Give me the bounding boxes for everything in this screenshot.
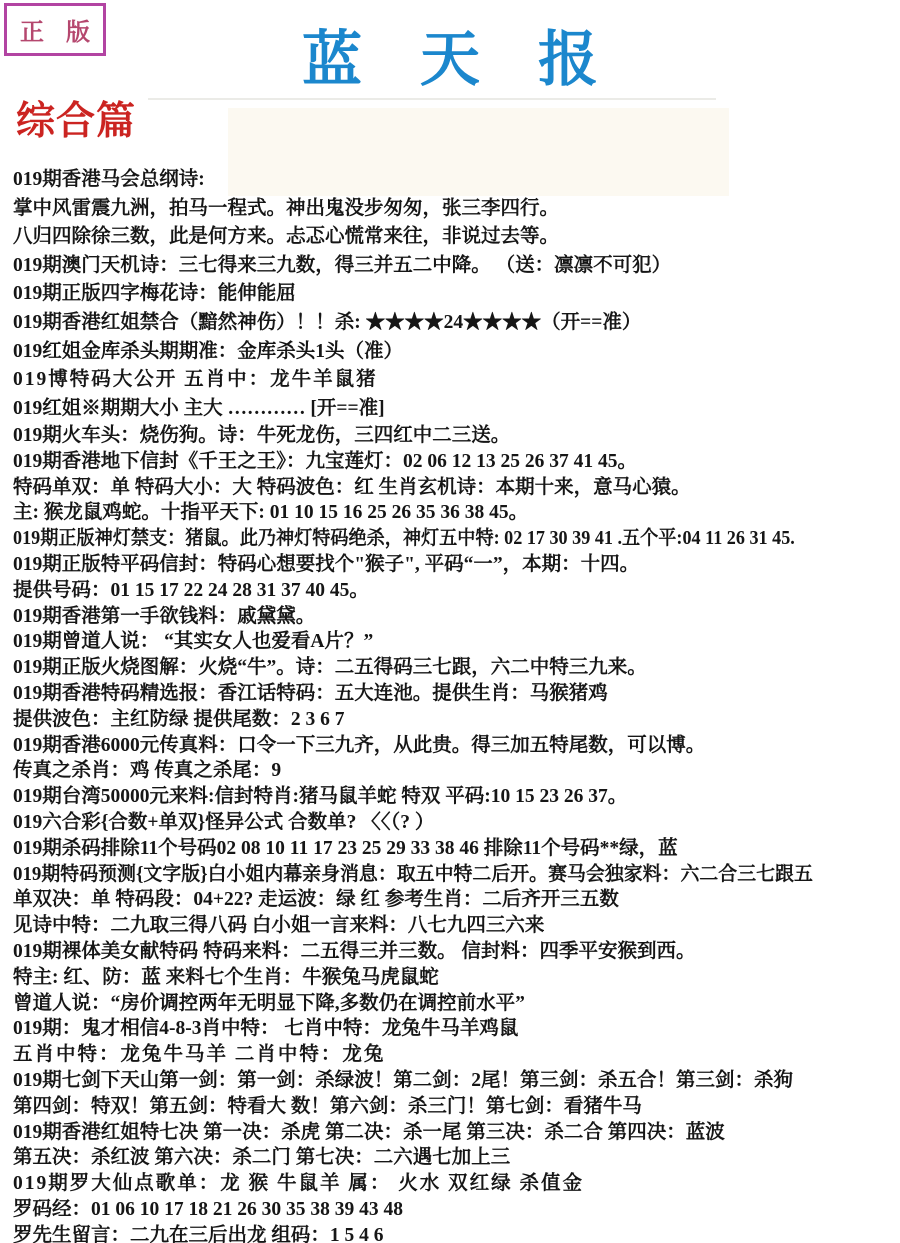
text-line: 曾道人说：“房价调控两年无明显下降,多数仍在调控前水平”	[13, 991, 900, 1017]
text-line: 八归四除徐三数，此是何方来。忐忑心慌常来往，非说过去等。	[13, 223, 900, 252]
text-line: 019红姐※期期大小 主大 ………… [开==准]	[13, 395, 900, 424]
section-label: 综合篇	[16, 90, 136, 146]
text-line: 019期罗大仙点歌单：龙 猴 牛鼠羊 属： 火水 双红绿 杀值金	[13, 1171, 900, 1197]
text-line: 019期裸体美女献特码 特码来料：二五得三并三数。 信封料：四季平安猴到西。	[13, 939, 900, 965]
text-block-main: 019期火车头：烧伤狗。诗：牛死龙伤，三四红中二三送。 019期香港地下信封《千…	[13, 423, 900, 1243]
text-line: 罗码经：01 06 10 17 18 21 26 30 35 38 39 43 …	[13, 1197, 900, 1223]
text-line: 见诗中特：二九取三得八码 白小姐一言来料：八七九四三六来	[13, 913, 900, 939]
text-line: 019期特码预测{文字版}白小姐内幕亲身消息：取五中特二后开。赛马会独家料：六二…	[13, 862, 873, 888]
text-line: 019期正版特平码信封：特码心想要找个"猴子", 平码“一”，本期：十四。	[13, 552, 900, 578]
text-line: 019期台湾50000元来料:信封特肖:猪马鼠羊蛇 特双 平码:10 15 23…	[13, 784, 900, 810]
text-line: 019期杀码排除11个号码02 08 10 11 17 23 25 29 33 …	[13, 836, 900, 862]
text-line: 019期香港马会总纲诗:	[13, 166, 900, 195]
text-line: 019红姐金库杀头期期准：金库杀头1头（准）	[13, 338, 900, 367]
text-block-top: 019期香港马会总纲诗: 掌中风雷震九洲，拍马一程式。神出鬼没步匆匆，张三李四行…	[13, 166, 900, 423]
text-line: 019期香港特码精选报：香江话特码：五大连池。提供生肖：马猴猪鸡	[13, 681, 900, 707]
text-line: 特码单双：单 特码大小：大 特码波色：红 生肖玄机诗：本期十来，意马心猿。	[13, 475, 900, 501]
text-line: 019期曾道人说： “其实女人也爱看A片？”	[13, 629, 900, 655]
text-line: 019期正版火烧图解：火烧“牛”。诗：二五得码三七跟，六二中特三九来。	[13, 655, 900, 681]
text-line: 特主: 红、防：蓝 来料七个生肖：牛猴兔马虎鼠蛇	[13, 965, 900, 991]
text-line: 019期香港第一手欲钱料：戚黛黛。	[13, 604, 900, 630]
text-line: 019期：鬼才相信4-8-3肖中特： 七肖中特：龙兔牛马羊鸡鼠	[13, 1016, 900, 1042]
text-line: 五肖中特：龙兔牛马羊 二肖中特：龙兔	[13, 1042, 900, 1068]
text-line: 提供号码：01 15 17 22 24 28 31 37 40 45。	[13, 578, 900, 604]
text-line: 019博特码大公开 五肖中：龙牛羊鼠猪	[13, 366, 900, 395]
text-line: 单双决：单 特码段：04+22? 走运波：绿 红 参考生肖：二后齐开三五数	[13, 887, 900, 913]
page-title: 蓝天报	[0, 12, 900, 98]
text-line: 第四剑：特双！第五剑：特看大 数！第六剑：杀三门！第七剑：看猪牛马	[13, 1094, 900, 1120]
newspaper-page: 正 版 蓝天报 综合篇 019期香港马会总纲诗: 掌中风雷震九洲，拍马一程式。神…	[0, 0, 900, 1243]
text-line: 019期火车头：烧伤狗。诗：牛死龙伤，三四红中二三送。	[13, 423, 900, 449]
text-line: 019期正版神灯禁支：猪鼠。此乃神灯特码绝杀，神灯五中特: 02 17 30 3…	[13, 526, 838, 552]
text-line: 主: 猴龙鼠鸡蛇。十指平天下: 01 10 15 16 25 26 35 36 …	[13, 500, 900, 526]
text-line: 019期正版四字梅花诗：能伸能屈	[13, 280, 900, 309]
text-line: 罗先生留言：二九在三后出龙 组码：1 5 4 6	[13, 1223, 900, 1243]
text-line: 第五决：杀红波 第六决：杀二门 第七决：二六遇七加上三	[13, 1145, 900, 1171]
text-line: 掌中风雷震九洲，拍马一程式。神出鬼没步匆匆，张三李四行。	[13, 195, 900, 224]
text-line: 019期澳门天机诗：三七得来三九数，得三并五二中降。 （送：凛凛不可犯）	[13, 252, 900, 281]
text-line: 019期香港红姐禁合（黯然神伤）！！杀: ★★★★24★★★★（开==准）	[13, 309, 900, 338]
text-line: 019期香港地下信封《千王之王》：九宝莲灯：02 06 12 13 25 26 …	[13, 449, 900, 475]
text-line: 019期香港红姐特七决 第一决：杀虎 第二决：杀一尾 第三决：杀二合 第四决：蓝…	[13, 1120, 900, 1146]
divider-line	[148, 98, 716, 100]
text-line: 019六合彩{合数+单双}怪异公式 合数单? 〈〈（? ）	[13, 810, 900, 836]
text-line: 019期香港6000元传真料：口令一下三九齐，从此贵。得三加五特尾数，可以博。	[13, 733, 900, 759]
text-line: 传真之杀肖：鸡 传真之杀尾：9	[13, 758, 900, 784]
text-line: 提供波色：主红防绿 提供尾数：2 3 6 7	[13, 707, 900, 733]
text-line: 019期七剑下天山第一剑：第一剑：杀绿波！第二剑：2尾！第三剑：杀五合！第三剑：…	[13, 1068, 900, 1094]
